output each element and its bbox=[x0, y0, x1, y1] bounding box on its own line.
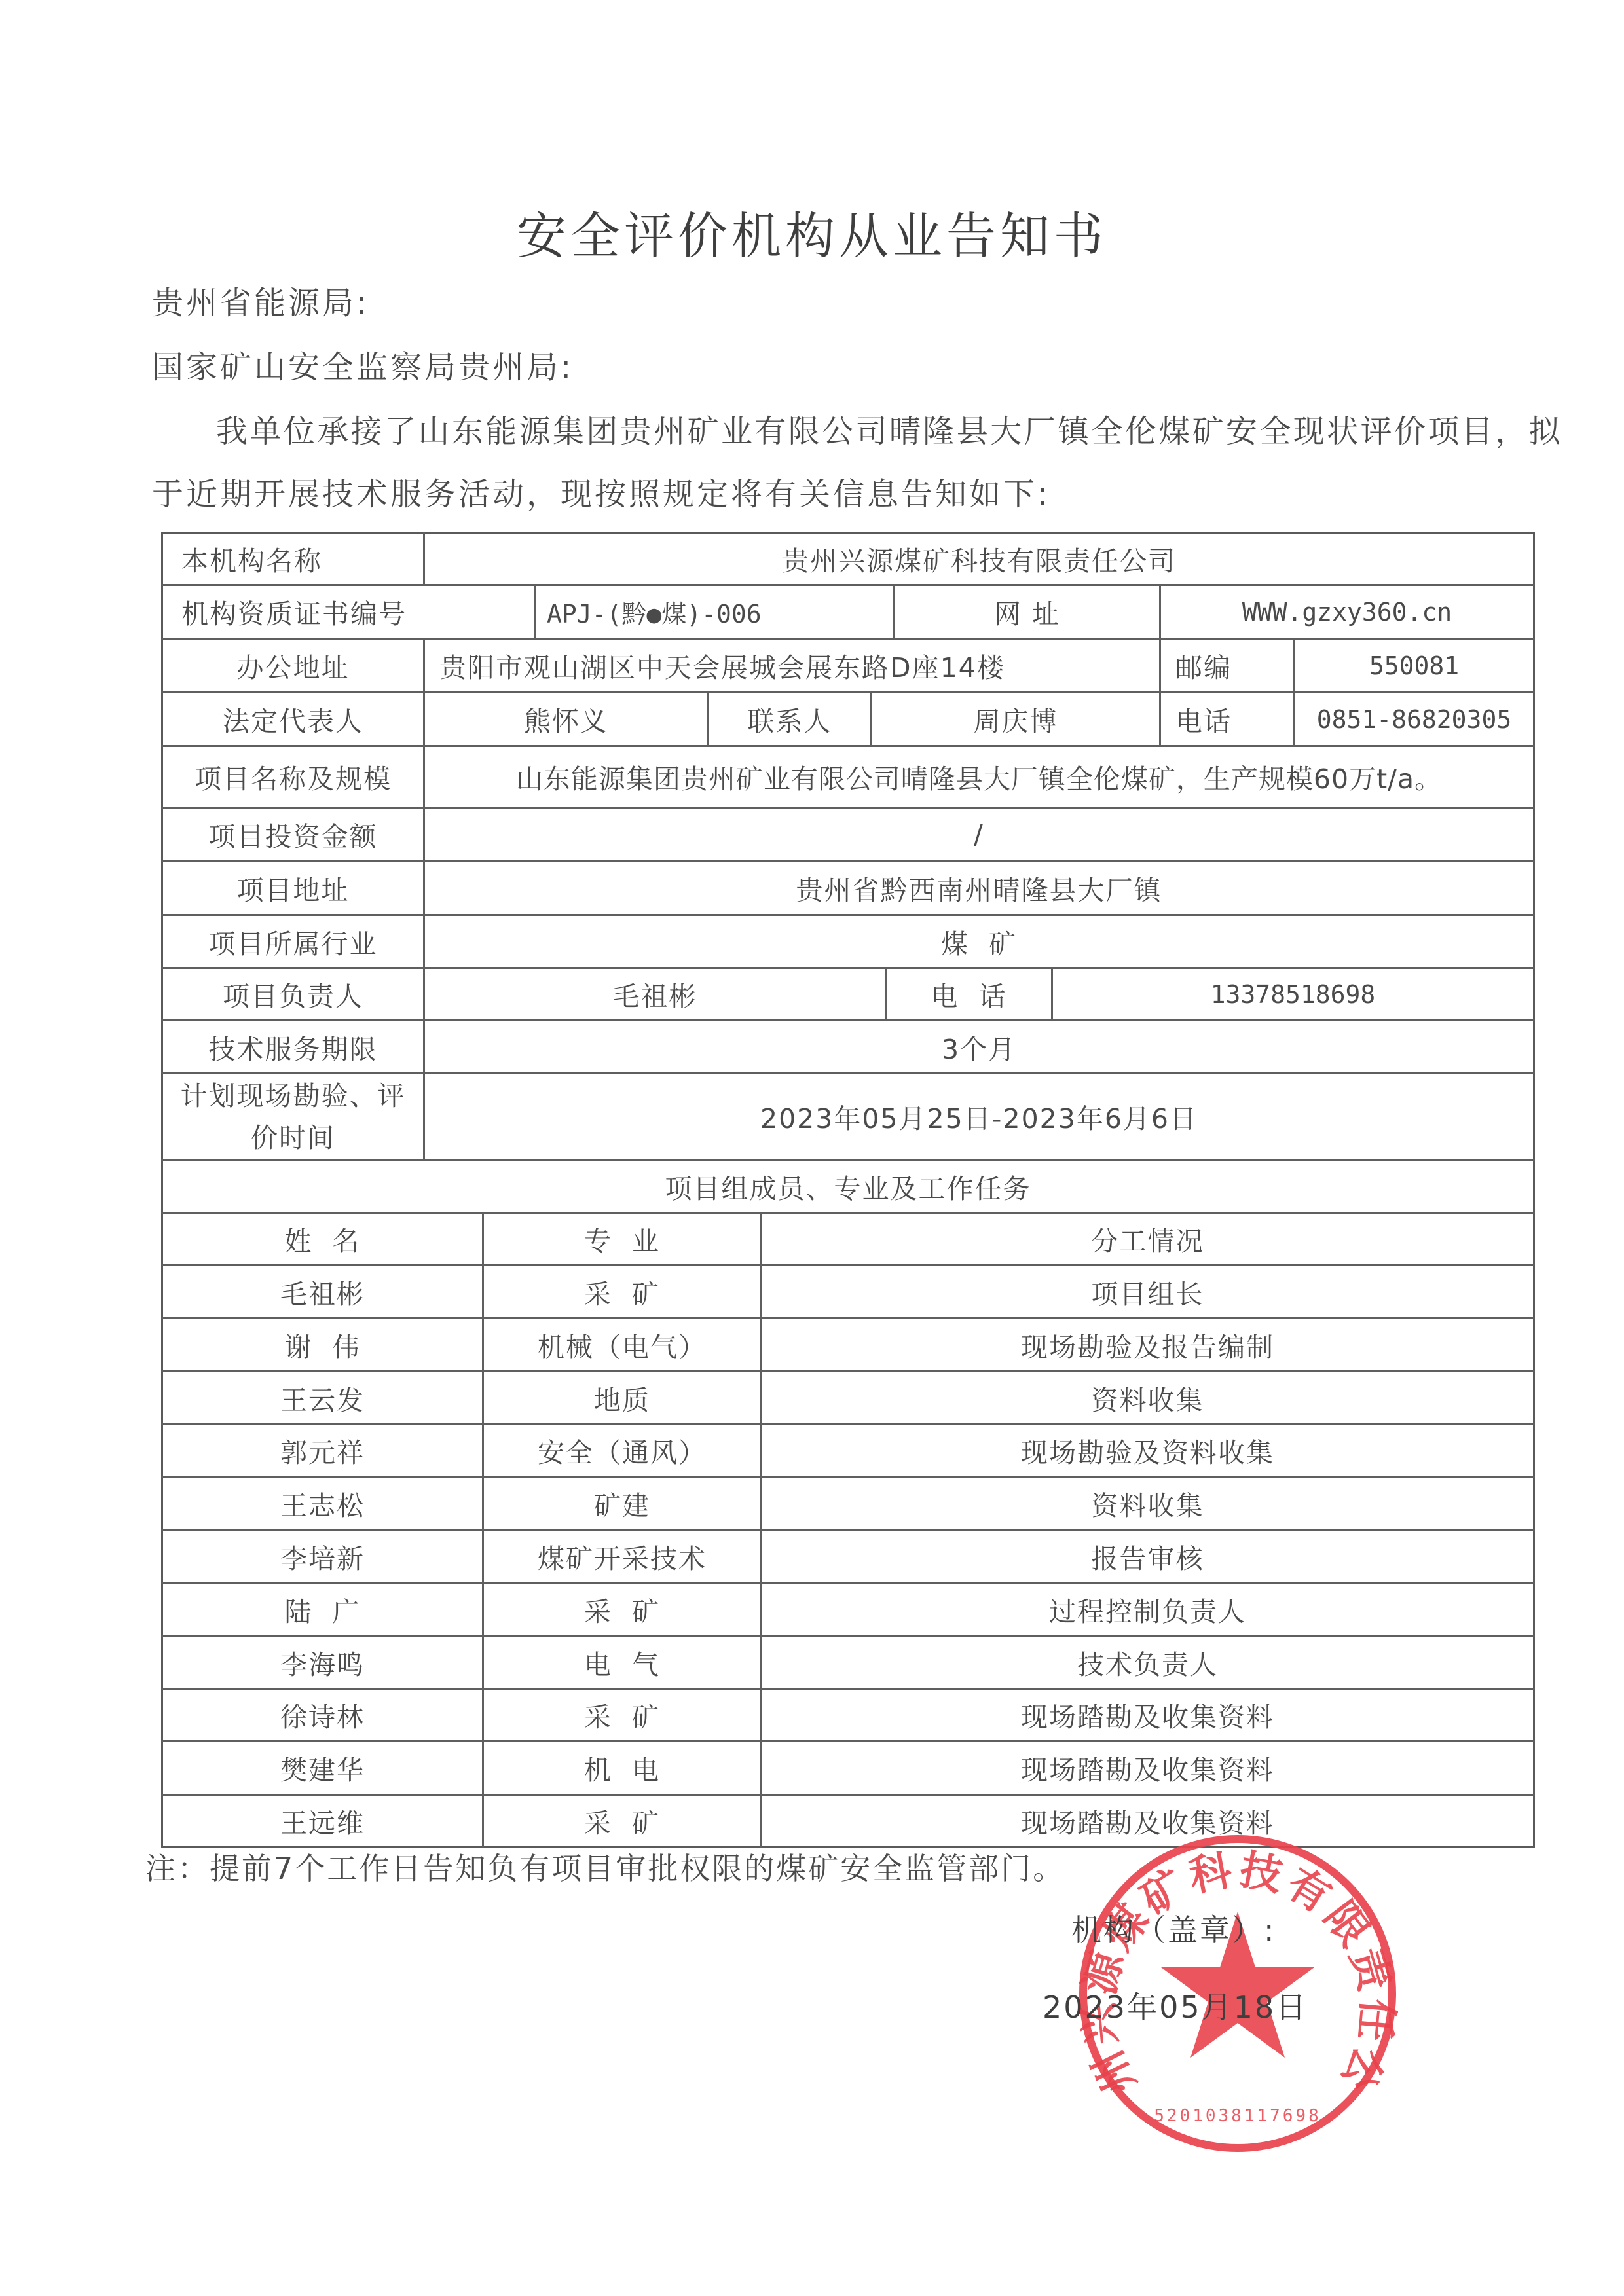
member-task: 资料收集 bbox=[762, 1372, 1533, 1423]
postcode-value: 550081 bbox=[1295, 640, 1533, 691]
member-major: 采 矿 bbox=[484, 1266, 760, 1317]
contact-value: 周庆博 bbox=[872, 693, 1159, 745]
intro-line-2: 于近期开展技术服务活动，现按照规定将有关信息告知如下: bbox=[152, 469, 1050, 514]
manager-phone-value: 13378518698 bbox=[1053, 969, 1533, 1019]
member-task: 现场勘验及资料收集 bbox=[762, 1425, 1533, 1476]
member-task: 现场勘验及报告编制 bbox=[762, 1319, 1533, 1370]
industry-value: 煤 矿 bbox=[425, 916, 1533, 967]
member-name: 王云发 bbox=[163, 1372, 482, 1423]
member-name: 樊建华 bbox=[163, 1742, 482, 1794]
office-label: 办公地址 bbox=[163, 640, 423, 691]
manager-phone-label: 电 话 bbox=[887, 969, 1051, 1019]
investment-value: / bbox=[425, 809, 1533, 860]
member-major: 采 矿 bbox=[484, 1690, 760, 1740]
document-title: 安全评价机构从业告知书 bbox=[0, 196, 1624, 268]
member-task: 报告审核 bbox=[762, 1531, 1533, 1582]
member-name: 李培新 bbox=[163, 1531, 482, 1582]
project-name-value: 山东能源集团贵州矿业有限公司晴隆县大厂镇全伦煤矿，生产规模60万t/a。 bbox=[425, 747, 1533, 807]
term-value: 3个月 bbox=[425, 1021, 1533, 1072]
member-major: 采 矿 bbox=[484, 1584, 760, 1635]
org-stamp-label: 机构（盖章）: bbox=[1071, 1906, 1276, 1950]
member-major: 机 电 bbox=[484, 1742, 760, 1794]
intro-line-1: 我单位承接了山东能源集团贵州矿业有限公司晴隆县大厂镇全伦煤矿安全现状评价项目，拟 bbox=[216, 406, 1562, 451]
member-task: 现场踏勘及收集资料 bbox=[762, 1690, 1533, 1740]
member-name: 郭元祥 bbox=[163, 1425, 482, 1476]
member-major: 地质 bbox=[484, 1372, 760, 1423]
industry-label: 项目所属行业 bbox=[163, 916, 423, 967]
member-name: 王志松 bbox=[163, 1478, 482, 1529]
schedule-label: 计划现场勘验、评价时间 bbox=[167, 1074, 419, 1159]
member-task: 资料收集 bbox=[762, 1478, 1533, 1529]
phone-value: 0851-86820305 bbox=[1295, 693, 1533, 745]
team-header-name: 姓 名 bbox=[163, 1214, 482, 1264]
cert-number: APJ-(黔●煤)-006 bbox=[536, 586, 893, 638]
member-task: 项目组长 bbox=[762, 1266, 1533, 1317]
org-name-label: 本机构名称 bbox=[163, 534, 423, 584]
member-major: 电 气 bbox=[484, 1637, 760, 1688]
manager-label: 项目负责人 bbox=[163, 969, 423, 1019]
svg-text:5201038117698: 5201038117698 bbox=[1154, 2106, 1321, 2126]
signature-date: 2023年05月18日 bbox=[1043, 1984, 1308, 2027]
legal-rep-label: 法定代表人 bbox=[163, 693, 423, 745]
member-name: 陆 广 bbox=[163, 1584, 482, 1635]
cert-label: 机构资质证书编号 bbox=[163, 586, 534, 638]
phone-label: 电话 bbox=[1161, 693, 1293, 745]
term-label: 技术服务期限 bbox=[163, 1021, 423, 1072]
footnote: 注：提前7个工作日告知负有项目审批权限的煤矿安全监管部门。 bbox=[145, 1845, 1065, 1888]
postcode-label: 邮编 bbox=[1161, 640, 1293, 691]
org-name-value: 贵州兴源煤矿科技有限责任公司 bbox=[425, 534, 1533, 584]
addressee-mine-safety-bureau: 国家矿山安全监察局贵州局: bbox=[152, 342, 574, 387]
project-address-value: 贵州省黔西南州晴隆县大厂镇 bbox=[425, 862, 1533, 914]
member-major: 采 矿 bbox=[484, 1796, 760, 1846]
investment-label: 项目投资金额 bbox=[163, 809, 423, 860]
member-task: 技术负责人 bbox=[762, 1637, 1533, 1688]
project-address-label: 项目地址 bbox=[163, 862, 423, 914]
member-major: 机械（电气） bbox=[484, 1319, 760, 1370]
member-major: 矿建 bbox=[484, 1478, 760, 1529]
member-name: 李海鸣 bbox=[163, 1637, 482, 1688]
member-major: 安全（通风） bbox=[484, 1425, 760, 1476]
contact-label: 联系人 bbox=[709, 693, 870, 745]
team-section-title: 项目组成员、专业及工作任务 bbox=[163, 1161, 1533, 1212]
legal-rep-value: 熊怀义 bbox=[425, 693, 707, 745]
member-name: 毛祖彬 bbox=[163, 1266, 482, 1317]
member-task: 现场踏勘及收集资料 bbox=[762, 1742, 1533, 1794]
member-task: 过程控制负责人 bbox=[762, 1584, 1533, 1635]
schedule-value: 2023年05月25日-2023年6月6日 bbox=[425, 1074, 1533, 1159]
team-header-major: 专 业 bbox=[484, 1214, 760, 1264]
office-address: 贵阳市观山湖区中天会展城会展东路D座14楼 bbox=[425, 640, 1159, 691]
website-label: 网 址 bbox=[895, 586, 1159, 638]
manager-value: 毛祖彬 bbox=[425, 969, 885, 1019]
project-name-label: 项目名称及规模 bbox=[163, 747, 423, 807]
member-major: 煤矿开采技术 bbox=[484, 1531, 760, 1582]
website-link[interactable]: WWW.gzxy360.cn bbox=[1161, 586, 1533, 638]
member-name: 谢 伟 bbox=[163, 1319, 482, 1370]
member-name: 王远维 bbox=[163, 1796, 482, 1846]
addressee-energy-bureau: 贵州省能源局: bbox=[152, 278, 369, 323]
member-name: 徐诗林 bbox=[163, 1690, 482, 1740]
team-header-task: 分工情况 bbox=[762, 1214, 1533, 1264]
